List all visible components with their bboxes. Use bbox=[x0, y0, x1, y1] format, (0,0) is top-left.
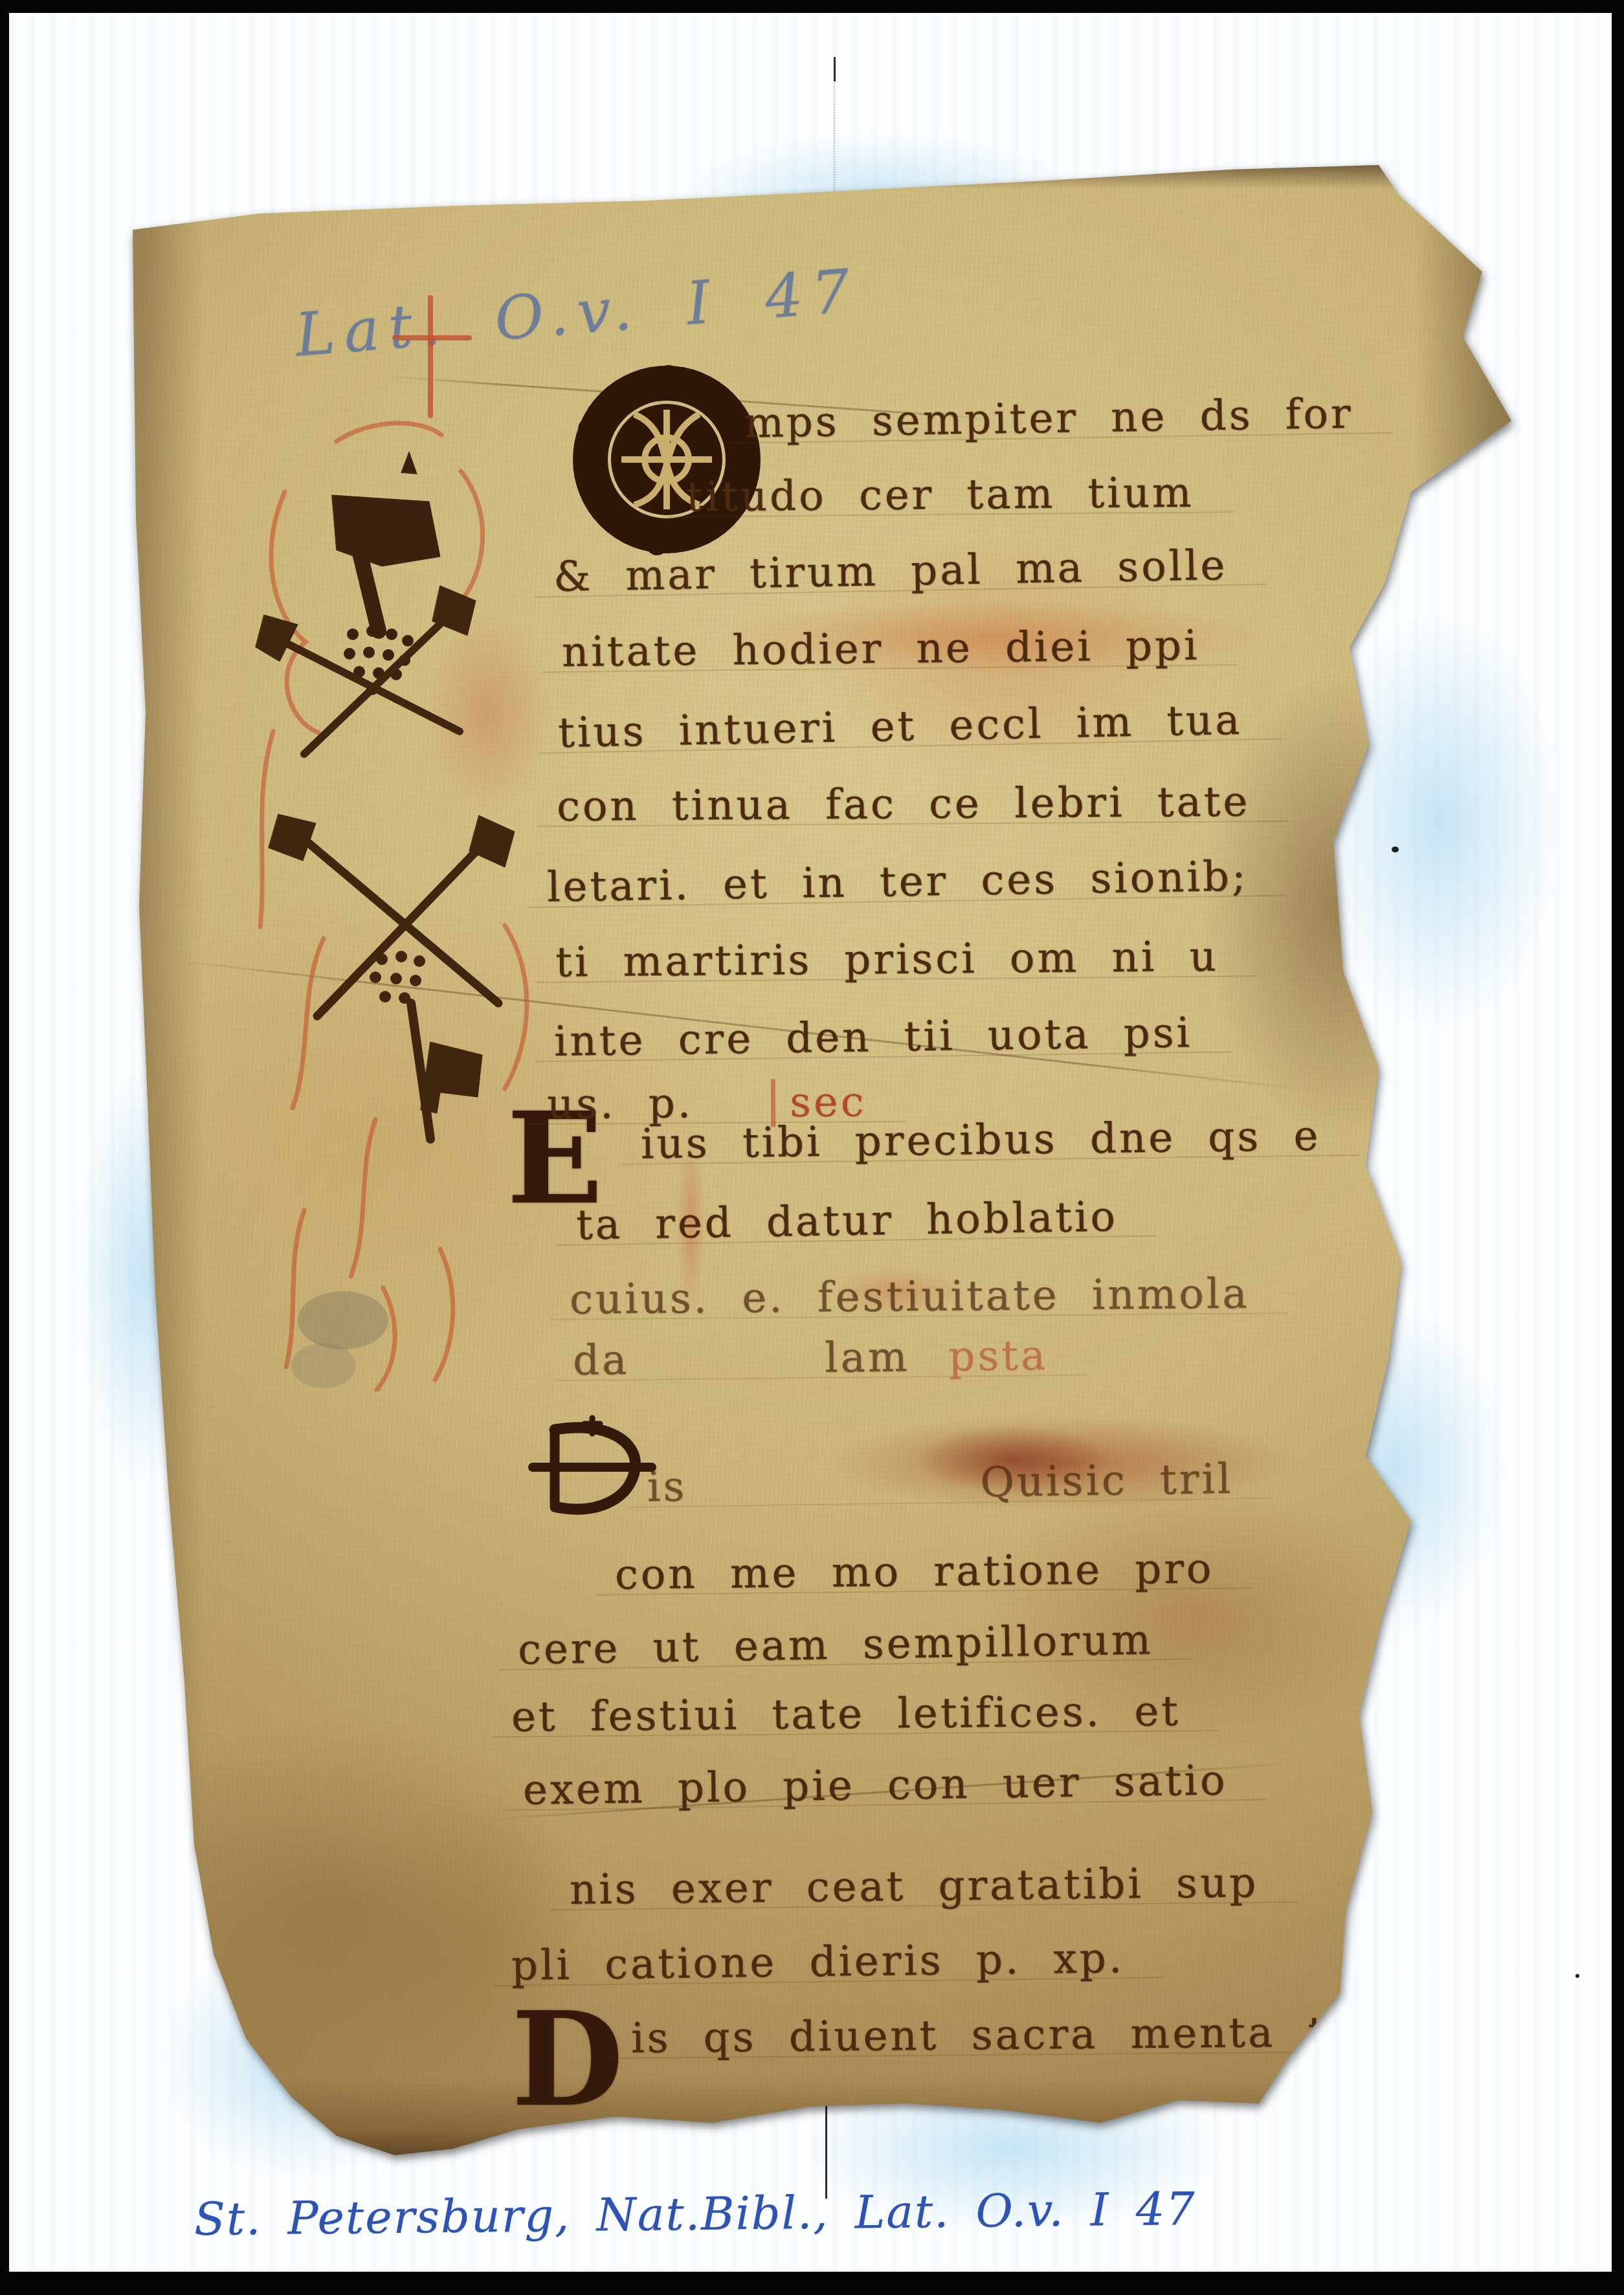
initial-o-knotwork bbox=[560, 353, 773, 566]
manuscript-text-line: da lampsta bbox=[573, 1332, 1049, 1385]
manuscript-text-line: ius tibi precibus dne qs e bbox=[641, 1113, 1321, 1169]
line-text: da lam bbox=[573, 1333, 910, 1384]
card-paper: Lat. O.v. I 47 bbox=[9, 13, 1612, 2272]
manuscript-text-line: is Quisic tril bbox=[647, 1456, 1234, 1512]
rubric-prefatio: psta bbox=[948, 1332, 1048, 1381]
ink-speck bbox=[1575, 1974, 1579, 1978]
manuscript-text-line: nis exer ceat gratatibi sup bbox=[570, 1859, 1259, 1914]
margin-drawings bbox=[246, 278, 570, 1391]
manuscript-text-line: ta red datur hoblatio bbox=[575, 1193, 1118, 1249]
manuscript-text-line: ti martiris prisci om ni u bbox=[555, 933, 1219, 987]
grey-smudge bbox=[291, 1291, 388, 1388]
manuscript-text-line: cuius. e. festiuitate inmola bbox=[570, 1270, 1250, 1324]
manuscript-text-line: exem plo pie con uer satio bbox=[523, 1757, 1228, 1814]
manuscript-text-line: cere ut eam sempillorum bbox=[517, 1616, 1153, 1674]
initial-d-bottom: D bbox=[511, 1984, 623, 2136]
manuscript-text-line: inte cre den tii uota psi bbox=[554, 1009, 1193, 1066]
red-flame-scribbles bbox=[260, 423, 527, 1390]
scanned-card: Lat. O.v. I 47 bbox=[0, 0, 1624, 2295]
manuscript-text-line: con me mo ratione pro bbox=[615, 1545, 1214, 1599]
manuscript-text-line: et festiui tate letifices. et bbox=[511, 1687, 1181, 1741]
parchment-leaf: Lat. O.v. I 47 bbox=[126, 162, 1524, 2175]
manuscript-text-line: titudo cer tam tium bbox=[686, 469, 1194, 522]
caption-annotation: St. Petersburg, Nat.Bibl., Lat. O.v. I 4… bbox=[194, 2182, 1197, 2246]
battle-axe bbox=[332, 452, 440, 631]
red-cross bbox=[395, 298, 469, 416]
manuscript-text-line: mps sempiter ne ds for bbox=[744, 390, 1353, 448]
pinecone-cluster bbox=[370, 951, 425, 1004]
manuscript-text-line: con tinua fac ce lebri tate bbox=[557, 778, 1251, 830]
manuscript-text-line: nitate hodier ne diei ppi bbox=[562, 622, 1200, 676]
top-registration-mark bbox=[834, 57, 836, 82]
key-with-flag bbox=[411, 1003, 482, 1139]
crossed-keys bbox=[269, 814, 515, 1016]
manuscript-text-line: pli catione dieris p. xp. bbox=[511, 1935, 1125, 1990]
manuscript-text-line: is qs diuent sacra menta tu bbox=[631, 2008, 1357, 2063]
